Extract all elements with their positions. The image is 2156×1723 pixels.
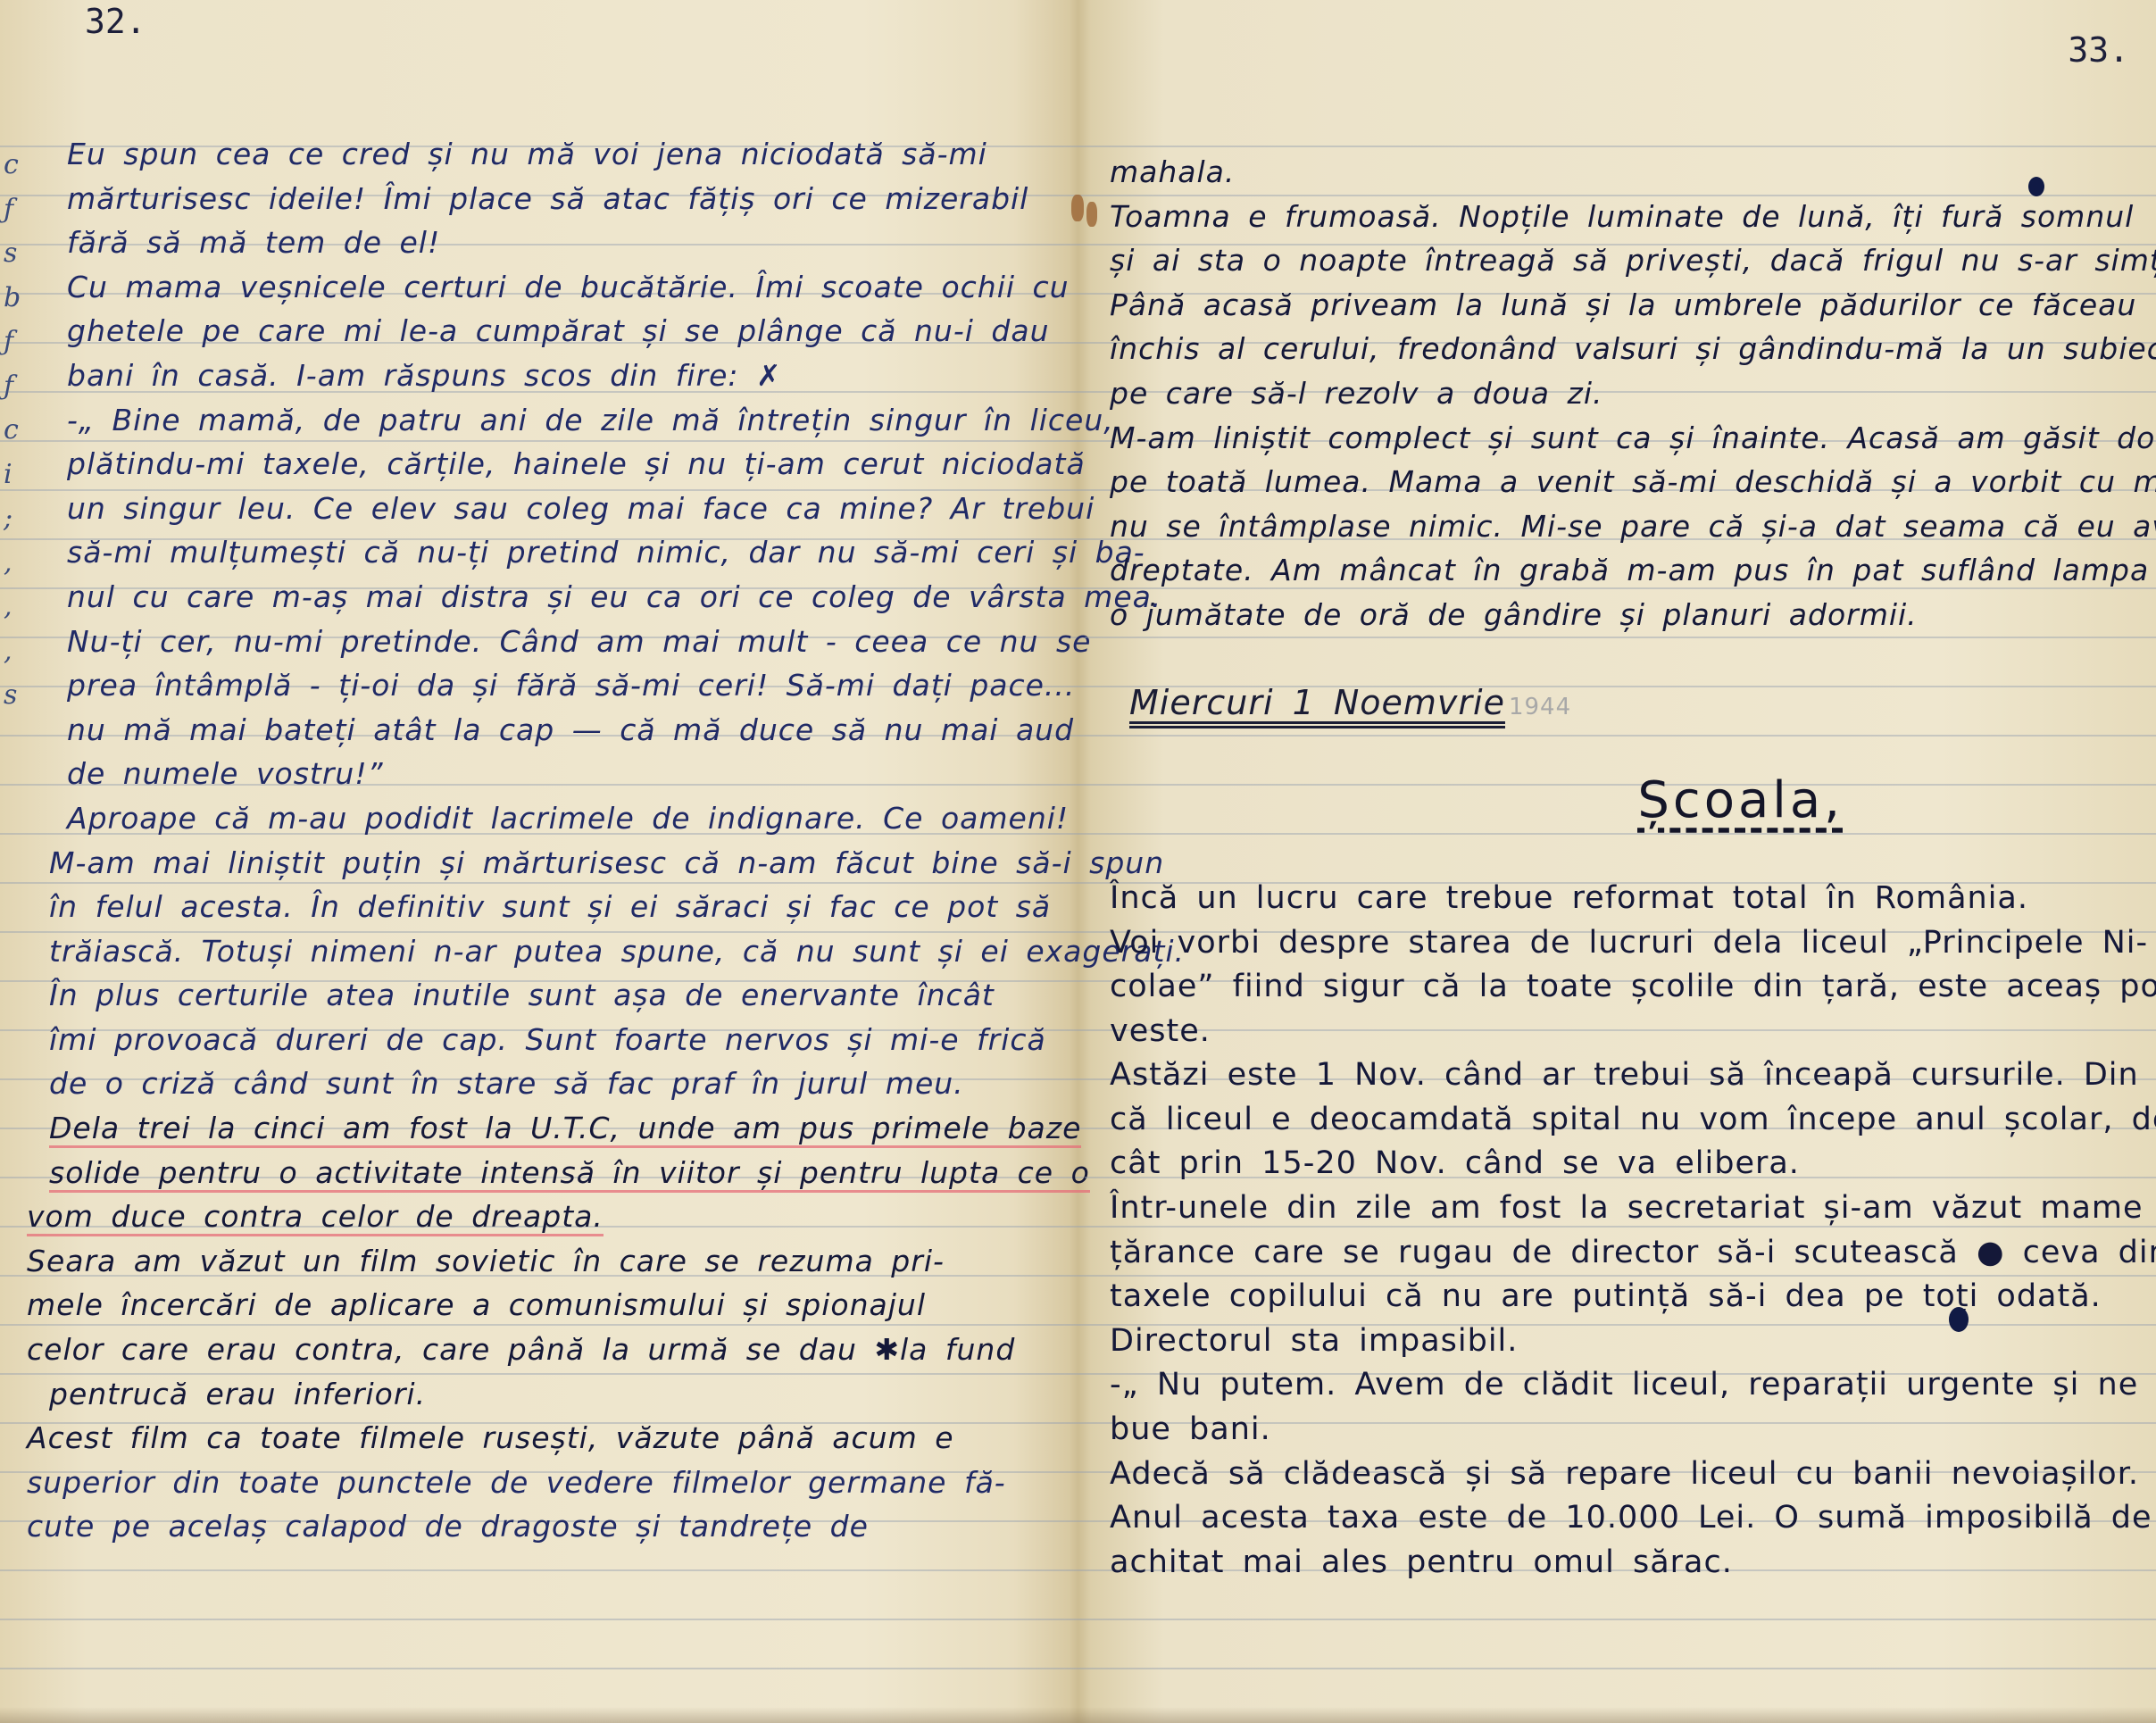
entry-year-pencil: 1944 [1509, 694, 1571, 720]
text-line: bani în casă. I-am răspuns scos din fire… [27, 354, 1185, 398]
text-line: fără să mă tem de el! [27, 221, 1185, 265]
text-line: pe toată lumea. Mama a venit să-mi desch… [1110, 460, 2156, 504]
text-line: Directorul sta impasibil. [1110, 1319, 2156, 1364]
text-line: M-am liniștit complect și sunt ca și îna… [1110, 416, 2156, 461]
text-line: Acest film ca toate filmele rusești, văz… [27, 1416, 1185, 1461]
text-line: Adecă să clădească și să repare liceul c… [1110, 1452, 2156, 1497]
text-line: Nu-ți cer, nu-mi pretinde. Când am mai m… [27, 620, 1185, 664]
text-line: mărturisesc ideile! Îmi place să atac fă… [27, 177, 1185, 221]
text-line: să-mi mulțumești că nu-ți pretind nimic,… [27, 530, 1185, 575]
text-line: M-am mai liniștit puțin și mărturisesc c… [27, 841, 1185, 886]
text-line: Astăzi este 1 Nov. când ar trebui să înc… [1110, 1053, 2156, 1098]
text-line: Încă un lucru care trebue reformat total… [1110, 877, 2156, 921]
text-line: celor care erau contra, care până la urm… [27, 1328, 1185, 1372]
text-line: cute pe acelaș calapod de dragoste și ta… [27, 1504, 1185, 1549]
right-page: 33. mahala. Toamna e frumoasă. Nopțile l… [1085, 0, 2156, 1723]
text-line: închis al cerului, fredonând valsuri și … [1110, 327, 2156, 371]
text-line: pe care să-l rezolv a doua zi. [1110, 371, 2156, 416]
text-line: superior din toate punctele de vedere fi… [27, 1461, 1185, 1505]
text-line: -„ Nu putem. Avem de clădit liceul, repa… [1110, 1363, 2156, 1408]
text-line: taxele copilului că nu are putință să-i … [1110, 1275, 2156, 1319]
text-line: nu mă mai bateți atât la cap — că mă duc… [27, 708, 1185, 753]
text-line: de o criză când sunt în stare să fac pra… [27, 1061, 1185, 1106]
text-line: și ai sta o noapte întreagă să privești,… [1110, 238, 2156, 283]
ink-stain [1086, 202, 1097, 227]
text-line: Toamna e frumoasă. Nopțile luminate de l… [1110, 195, 2156, 239]
text-line: Voi vorbi despre starea de lucruri dela … [1110, 921, 2156, 966]
left-page: 32. c ƒ s b ƒ ƒ c i ; , , , s Eu spun ce… [0, 0, 1085, 1723]
text-line: Seara am văzut un film sovietic în care … [27, 1239, 1185, 1284]
right-page-text: mahala. Toamna e frumoasă. Nopțile lumin… [1110, 150, 2156, 1585]
text-line: de numele vostru!” [27, 752, 1185, 796]
text-line: bue bani. [1110, 1408, 2156, 1452]
text-line: În plus certurile atea inutile sunt așa … [27, 973, 1185, 1018]
text-line: Până acasă priveam la lună și la umbrele… [1110, 283, 2156, 328]
text-line: achitat mai ales pentru omul sărac. [1110, 1541, 2156, 1586]
left-page-text: Eu spun cea ce cred și nu mă voi jena ni… [27, 132, 1185, 1549]
text-line: cât prin 15-20 Nov. când se va elibera. [1110, 1142, 2156, 1186]
text-line: nul cu care m-aș mai distra și eu ca ori… [27, 575, 1185, 620]
text-line: Anul acesta taxa este de 10.000 Lei. O s… [1110, 1496, 2156, 1541]
page-number: 33. [2068, 30, 2129, 70]
ink-blot [2028, 177, 2044, 196]
page-bottom-shadow [0, 1707, 2156, 1723]
text-line: îmi provoacă dureri de cap. Sunt foarte … [27, 1018, 1185, 1062]
underlined-text-line: solide pentru o activitate intensă în vi… [49, 1155, 1090, 1193]
text-line: Eu spun cea ce cred și nu mă voi jena ni… [27, 132, 1185, 177]
text-line: o jumătate de oră de gândire și planuri … [1110, 593, 2156, 637]
ink-blot [1949, 1307, 1969, 1332]
entry-title: Școala, [1110, 770, 2156, 832]
text-line: nu se întâmplase nimic. Mi-se pare că și… [1110, 504, 2156, 549]
text-line: prea întâmplă - ți-oi da și fără să-mi c… [27, 663, 1185, 708]
entry-date-heading: Miercuri 1 Noemvrie [1129, 683, 1505, 722]
text-line: colae” fiind sigur că la toate școlile d… [1110, 965, 2156, 1010]
text-line: că liceul e deocamdată spital nu vom înc… [1110, 1098, 2156, 1143]
text-line: Aproape că m-au podidit lacrimele de ind… [27, 796, 1185, 841]
text-line: plătindu-mi taxele, cărțile, hainele și … [27, 442, 1185, 487]
ink-stain [1071, 195, 1084, 221]
text-line: Cu mama veșnicele certuri de bucătărie. … [27, 265, 1185, 310]
text-line: mele încercări de aplicare a comunismulu… [27, 1283, 1185, 1328]
text-line: ghetele pe care mi le-a cumpărat și se p… [27, 309, 1185, 354]
underlined-text-line: vom duce contra celor de dreapta. [27, 1199, 604, 1236]
text-line: mahala. [1110, 150, 2156, 195]
underlined-text-line: Dela trei la cinci am fost la U.T.C, und… [49, 1111, 1081, 1148]
text-line: veste. [1110, 1010, 2156, 1054]
text-line: dreptate. Am mâncat în grabă m-am pus în… [1110, 548, 2156, 593]
text-line: în felul acesta. În definitiv sunt și ei… [27, 885, 1185, 929]
text-line: pentrucă erau inferiori. [27, 1372, 1185, 1417]
notebook-spread: 32. c ƒ s b ƒ ƒ c i ; , , , s Eu spun ce… [0, 0, 2156, 1723]
text-line: un singur leu. Ce elev sau coleg mai fac… [27, 487, 1185, 531]
page-number: 32. [85, 2, 146, 41]
text-line: trăiască. Totuși nimeni n-ar putea spune… [27, 929, 1185, 974]
text-line: -„ Bine mamă, de patru ani de zile mă în… [27, 398, 1185, 443]
text-line: țărance care se rugau de director să-i s… [1110, 1231, 2156, 1276]
text-line: Într-unele din zile am fost la secretari… [1110, 1186, 2156, 1231]
